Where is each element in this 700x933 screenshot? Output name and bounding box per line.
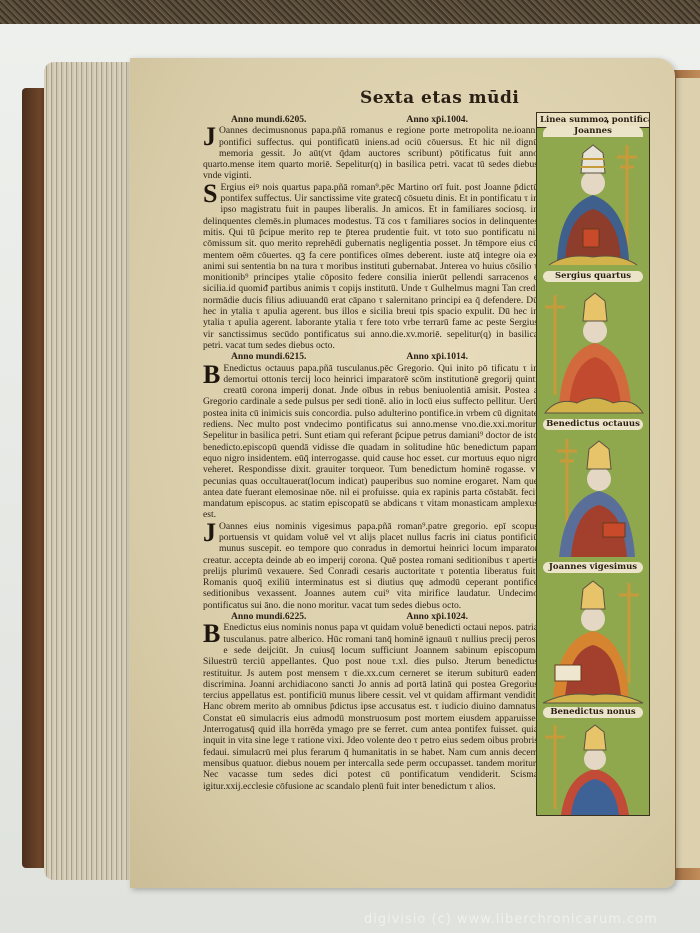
- pope-portrait: [537, 573, 649, 705]
- paragraph-text: Oannes decimusnonus papa.pñā romanus e r…: [203, 125, 538, 181]
- year-line: Anno mundi.6225. Anno xp̄i.1024.: [203, 611, 538, 622]
- pope-figure-icon: [537, 285, 649, 417]
- pope-figure-icon: [537, 573, 649, 705]
- book-cover-right: [672, 70, 700, 880]
- paragraph-text: Enedictus eius nominis nonus papa vt qui…: [203, 622, 538, 791]
- anno-christi: Anno xp̄i.1024.: [406, 611, 468, 622]
- paragraph-text: Oannes eius nominis vigesimus papa.pñā r…: [203, 521, 538, 611]
- pope-portrait: [537, 719, 649, 815]
- paragraph: J Oannes eius nominis vigesimus papa.pñā…: [203, 521, 538, 611]
- anno-mundi: Anno mundi.6205.: [231, 114, 306, 125]
- year-line: Anno mundi.6205. Anno xp̄i.1004.: [203, 114, 538, 125]
- portrait-label: Sergius quartus: [543, 271, 643, 282]
- page-edges: [44, 62, 136, 880]
- pope-figure-icon: [537, 137, 649, 267]
- initial-letter: J: [203, 522, 216, 544]
- carpet-background: [0, 0, 700, 27]
- portrait-label: Benedictus octauus: [543, 419, 643, 430]
- anno-mundi: Anno mundi.6225.: [231, 611, 306, 622]
- anno-mundi: Anno mundi.6215.: [231, 351, 306, 362]
- portrait-label: Joannes vigesimus: [543, 562, 643, 573]
- popes-lineage-panel: Linea summoꝝ pontifica Joannes decimusno…: [536, 112, 650, 816]
- paragraph: S Ergius eiꝰ nois quartus papa.pñā roman…: [203, 182, 538, 351]
- pope-figure-icon: [537, 719, 649, 815]
- text-column: Anno mundi.6205. Anno xp̄i.1004. J Oanne…: [203, 114, 538, 792]
- pope-figure-icon: [537, 433, 649, 561]
- pope-portrait: [537, 137, 649, 267]
- pope-portrait: [537, 433, 649, 561]
- watermark: digivisio (c) www.liberchronicarum.com: [364, 912, 658, 927]
- initial-letter: S: [203, 183, 217, 205]
- initial-letter: B: [203, 623, 220, 645]
- paragraph-text: Enedictus octauus papa.pñā tusculanus.pē…: [203, 363, 538, 521]
- year-line: Anno mundi.6215. Anno xp̄i.1014.: [203, 351, 538, 362]
- paragraph: J Oannes decimusnonus papa.pñā romanus e…: [203, 125, 538, 181]
- anno-christi: Anno xp̄i.1004.: [406, 114, 468, 125]
- paragraph: B Enedictus eius nominis nonus papa vt q…: [203, 622, 538, 791]
- anno-christi: Anno xp̄i.1014.: [406, 351, 468, 362]
- initial-letter: B: [203, 364, 220, 386]
- portrait-label: Benedictus nonus: [543, 707, 643, 718]
- paragraph-text: Ergius eiꝰ nois quartus papa.pñā roman⁹.…: [203, 182, 538, 351]
- paragraph: B Enedictus octauus papa.pñā tusculanus.…: [203, 363, 538, 521]
- pope-portrait: [537, 285, 649, 417]
- running-header: Sexta etas mūdi: [360, 88, 519, 108]
- initial-letter: J: [203, 126, 216, 148]
